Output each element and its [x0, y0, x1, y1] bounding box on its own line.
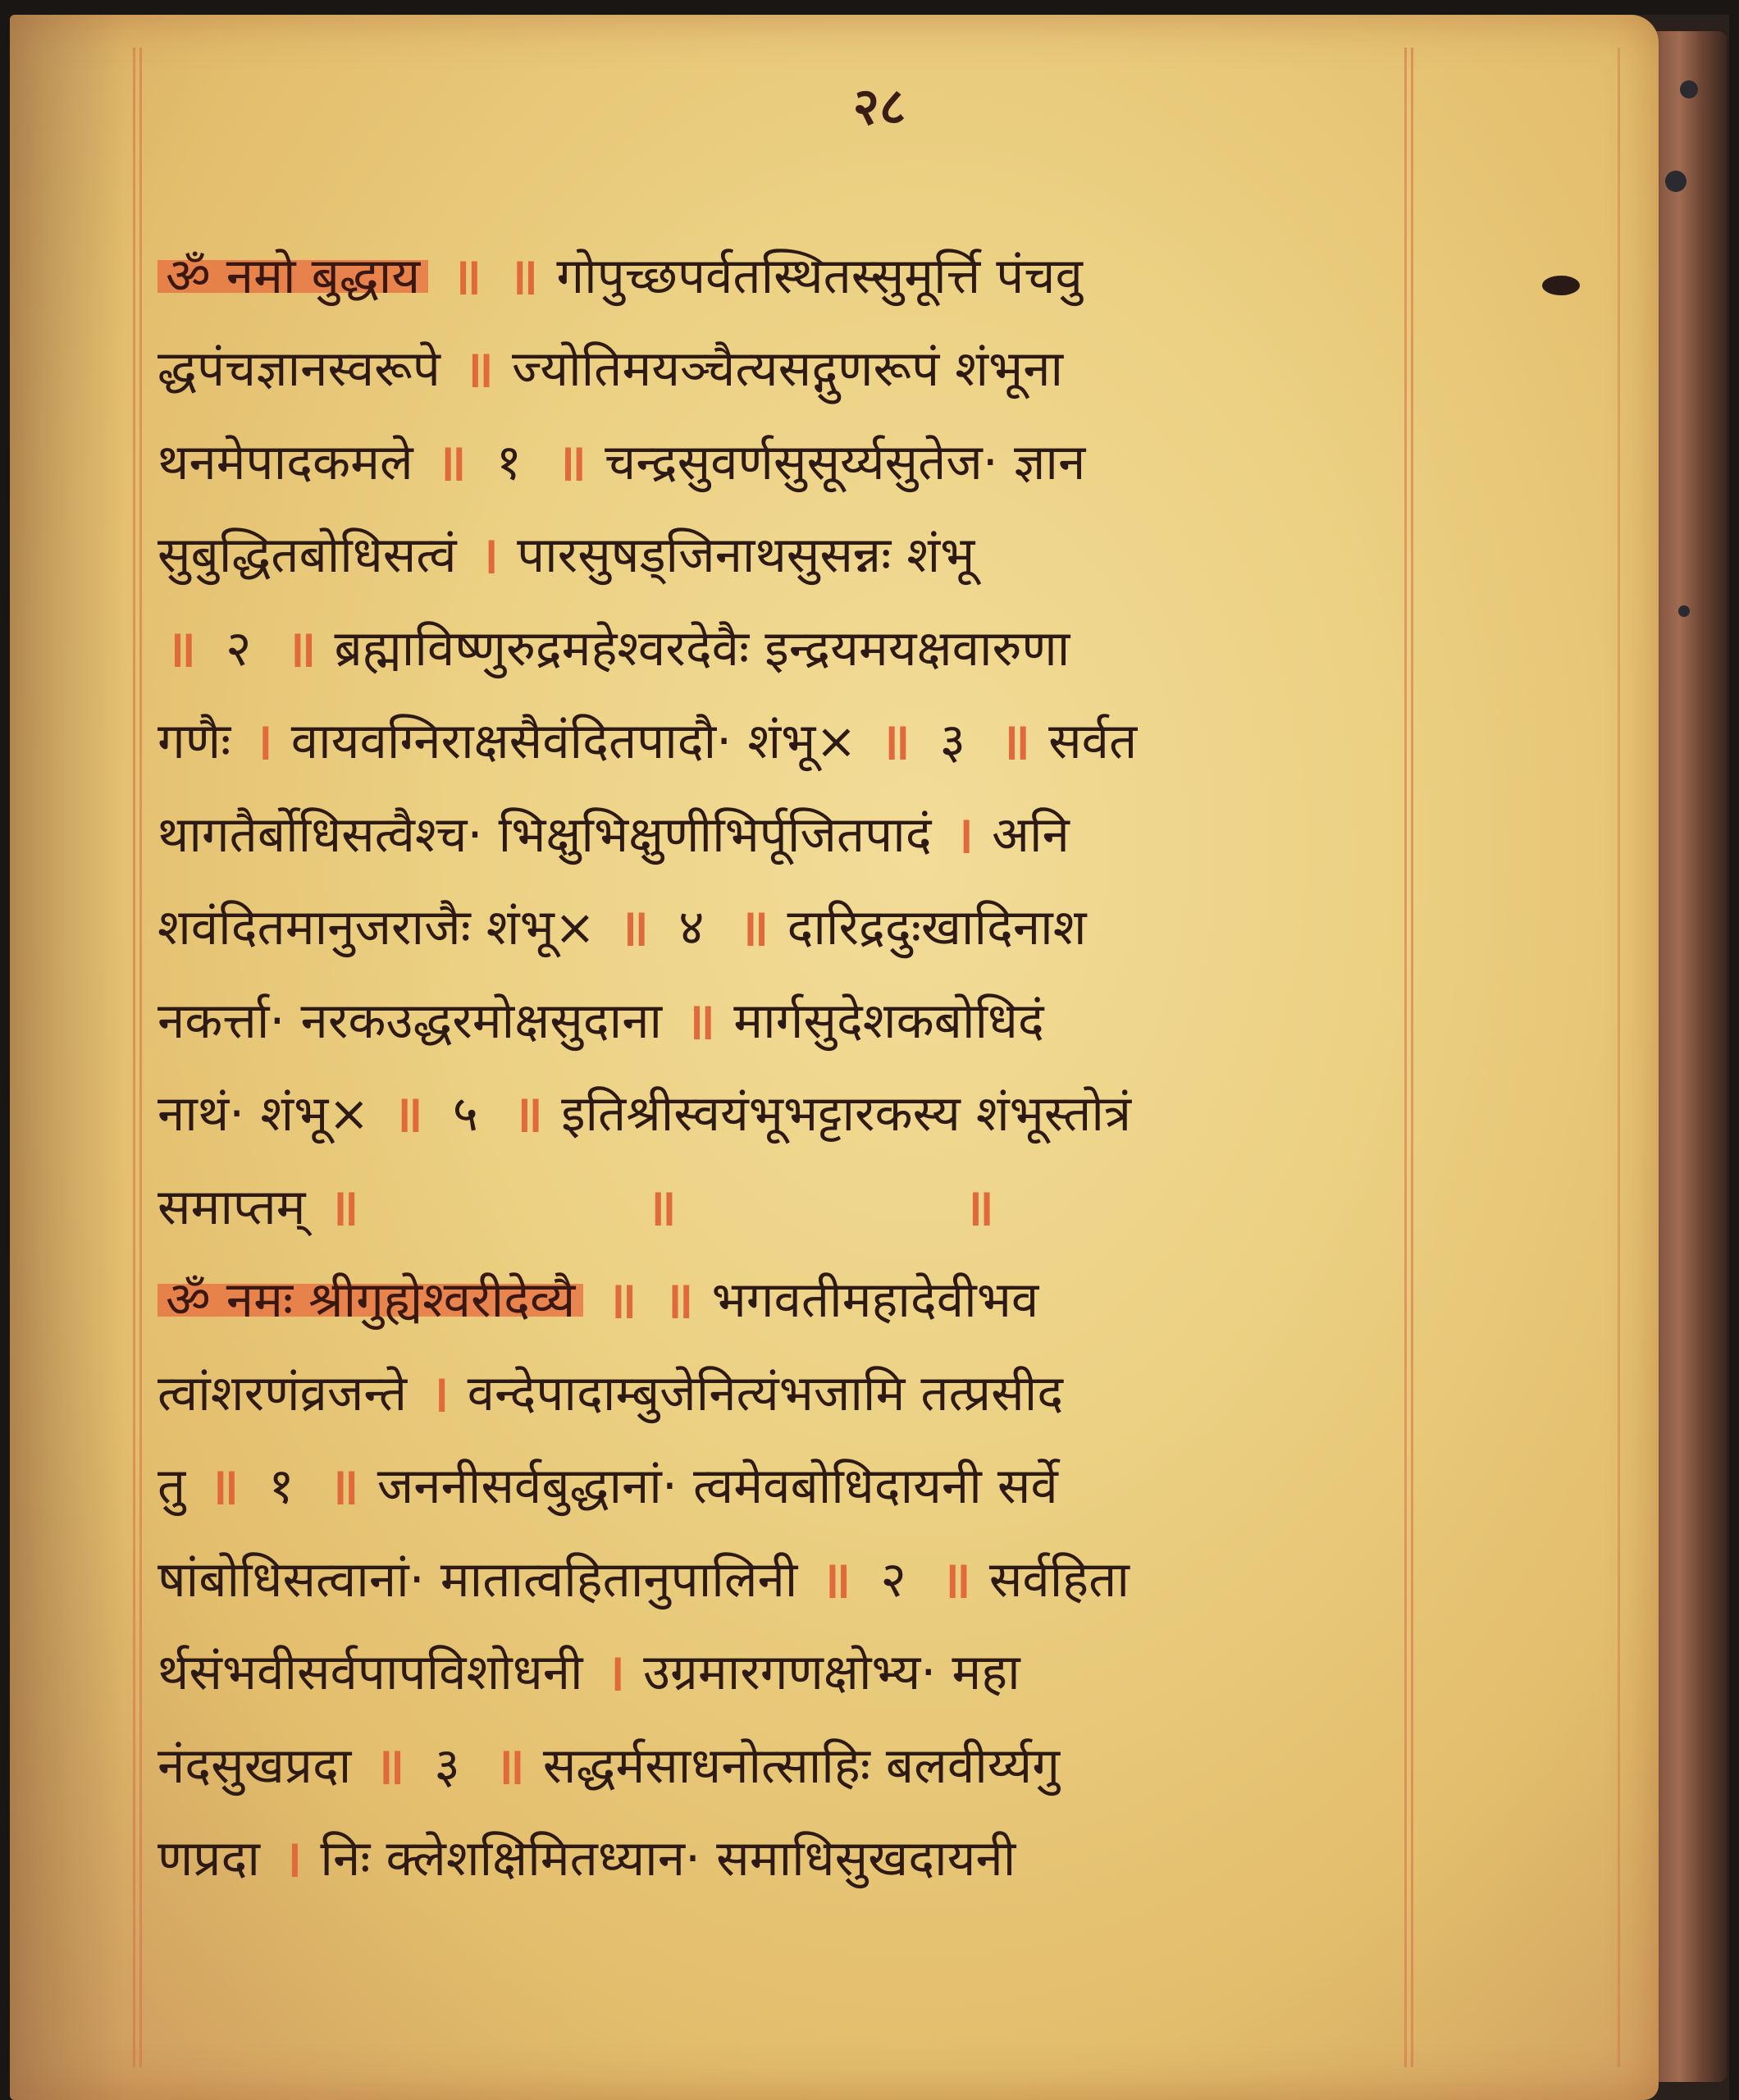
- verse-text: ज्योतिमयञ्चैत्यसद्गुणरूपं शंभूना: [512, 328, 1063, 410]
- danda-mark: ॥: [606, 1259, 632, 1341]
- manuscript-page: २८ ॐ नमो बुद्धाय॥॥गोपुच्छपर्वतस्थितस्सुम…: [10, 15, 1659, 2100]
- verse-text: चन्द्रसुवर्णसुसूर्य्यसुतेज· ज्ञान: [605, 422, 1085, 504]
- verse-text: षांबोधिसत्वानां· मातात्वहितानुपालिनी: [157, 1539, 797, 1621]
- manuscript-line: नाथं· शंभू×॥५॥इतिश्रीस्वयंभूभट्टारकस्य श…: [157, 1068, 1404, 1162]
- outer-margin-rule: [1618, 48, 1620, 2067]
- manuscript-line: सुबुद्धितबोधिसत्वं।पारसुषड्जिनाथसुसन्नः …: [157, 509, 1404, 603]
- danda-mark: ॥: [166, 608, 191, 690]
- danda-mark: ।: [606, 1632, 621, 1714]
- manuscript-line: णप्रदा।निः क्लेशक्षिमितध्यान· समाधिसुखदा…: [157, 1813, 1404, 1906]
- danda-mark: ॥: [556, 422, 582, 504]
- danda-mark: ॥: [285, 608, 311, 690]
- verse-text: त्वांशरणंव्रजन्ते: [157, 1353, 407, 1435]
- danda-mark: ॥: [495, 1725, 520, 1807]
- danda-mark: ॥: [880, 701, 906, 783]
- rubric-invocation: ॐ नमः श्रीगुह्येश्वरीदेव्यै: [157, 1259, 583, 1341]
- danda-mark: ॥: [329, 1166, 354, 1249]
- verse-text: सद्धर्मसाधनोत्साहिः बलवीर्य्यगु: [543, 1725, 1060, 1807]
- right-margin-rule-inner: [1411, 48, 1413, 2067]
- left-margin-rule-inner: [139, 48, 142, 2067]
- page-gutter-shadow: [10, 15, 125, 2100]
- manuscript-line: थागतैर्बोधिसत्वैश्च· भिक्षुभिक्षुणीभिर्प…: [157, 788, 1404, 882]
- verse-text: र्थसंभवीसर्वपापविशोधनी: [157, 1632, 583, 1714]
- danda-mark: ॥: [513, 1073, 538, 1155]
- verse-number: ३: [940, 701, 965, 783]
- verse-number: ५: [453, 1073, 478, 1155]
- manuscript-line: गणैः।वायवग्निराक्षसैवंदितपादौ· शंभू×॥३॥स…: [157, 696, 1404, 789]
- verse-text: भगवतीमहादेवीभव: [712, 1259, 1039, 1341]
- manuscript-line: षांबोधिसत्वानां· मातात्वहितानुपालिनी॥२॥स…: [157, 1533, 1404, 1627]
- verse-text: इतिश्रीस्वयंभूभट्टारकस्य शंभूस्तोत्रं: [561, 1073, 1131, 1155]
- right-margin-rule: [1404, 48, 1407, 2067]
- verse-text: उग्रमारगणक्षोभ्य· महा: [643, 1632, 1020, 1714]
- manuscript-line: तु॥१॥जननीसर्वबुद्धानां· त्वमेवबोधिदायनी …: [157, 1440, 1404, 1534]
- danda-mark: ॥: [1000, 701, 1025, 783]
- verse-number: २: [880, 1539, 906, 1621]
- rubric-invocation: ॐ नमो बुद्धाय: [157, 235, 428, 317]
- verse-text: पारसुषड्जिनाथसुसन्नः शंभू: [517, 514, 974, 596]
- danda-mark: ॥: [393, 1073, 418, 1155]
- binding-stain: [1678, 605, 1690, 617]
- manuscript-line: द्धपंचज्ञानस्वरूपे॥ज्योतिमयञ्चैत्यसद्गुण…: [157, 323, 1404, 417]
- verse-number: १: [268, 1445, 294, 1527]
- danda-mark: ॥: [646, 1166, 672, 1249]
- verse-number: २: [226, 608, 251, 690]
- verse-text: ब्रह्माविष्णुरुद्रमहेश्वरदेवैः इन्द्रयमय…: [334, 608, 1070, 690]
- danda-mark: ॥: [738, 887, 764, 969]
- danda-mark: ॥: [208, 1445, 234, 1527]
- verse-text: गणैः: [157, 701, 230, 783]
- verse-text: थनमेपादकमले: [157, 422, 413, 504]
- danda-mark: ॥: [451, 235, 477, 317]
- binding-stain: [1665, 171, 1687, 192]
- verse-text: तु: [157, 1445, 185, 1527]
- manuscript-text-block: ॐ नमो बुद्धाय॥॥गोपुच्छपर्वतस्थितस्सुमूर्…: [157, 230, 1404, 1906]
- left-margin-rule: [133, 48, 135, 2067]
- manuscript-line: नंदसुखप्रदा॥३॥सद्धर्मसाधनोत्साहिः बलवीर्…: [157, 1719, 1404, 1813]
- verse-text: द्धपंचज्ञानस्वरूपे: [157, 328, 440, 410]
- danda-mark: ।: [283, 1818, 298, 1900]
- verse-text: नंदसुखप्रदा: [157, 1725, 351, 1807]
- verse-number: १: [496, 422, 522, 504]
- danda-mark: ॥: [374, 1725, 399, 1807]
- manuscript-line: शवंदितमानुजराजैः शंभू×॥४॥दारिद्रदुःखादिन…: [157, 882, 1404, 975]
- verse-number: ४: [678, 887, 704, 969]
- verse-text: निः क्लेशक्षिमितध्यान· समाधिसुखदायनी: [320, 1818, 1016, 1900]
- danda-mark: ।: [480, 514, 495, 596]
- verse-text: शवंदितमानुजराजैः शंभू×: [157, 887, 596, 969]
- danda-mark: ॥: [618, 887, 644, 969]
- verse-text: णप्रदा: [157, 1818, 260, 1900]
- manuscript-line: र्थसंभवीसर्वपापविशोधनी।उग्रमारगणक्षोभ्य·…: [157, 1627, 1404, 1720]
- verse-text: थागतैर्बोधिसत्वैश्च· भिक्षुभिक्षुणीभिर्प…: [157, 794, 932, 876]
- verse-text: नकर्त्ता· नरकउद्धरमोक्षसुदाना: [157, 980, 662, 1062]
- verse-text: समाप्तम्: [157, 1166, 306, 1249]
- verse-text: सर्वत: [1048, 701, 1137, 783]
- danda-mark: ।: [955, 794, 970, 876]
- manuscript-line: ॐ नमः श्रीगुह्येश्वरीदेव्यै॥॥भगवतीमहादेव…: [157, 1254, 1404, 1348]
- manuscript-line: ॐ नमो बुद्धाय॥॥गोपुच्छपर्वतस्थितस्सुमूर्…: [157, 230, 1404, 323]
- danda-mark: ।: [253, 701, 268, 783]
- verse-text: गोपुच्छपर्वतस्थितस्सुमूर्त्ति पंचवु: [556, 235, 1082, 317]
- verse-text: जननीसर्वबुद्धानां· त्वमेवबोधिदायनी सर्वे: [377, 1445, 1058, 1527]
- binding-stain: [1680, 80, 1698, 98]
- verse-text: सर्वहिता: [989, 1539, 1130, 1621]
- verse-text: मार्गसुदेशकबोधिदं: [733, 980, 1044, 1062]
- verse-text: अनि: [992, 794, 1070, 876]
- verse-number: ३: [434, 1725, 459, 1807]
- danda-mark: ॥: [685, 980, 710, 1062]
- verse-text: वन्देपादाम्बुजेनित्यंभजामि तत्प्रसीद: [468, 1353, 1064, 1435]
- danda-mark: ॥: [820, 1539, 846, 1621]
- danda-mark: ॥: [964, 1166, 989, 1249]
- manuscript-line: समाप्तम्॥॥॥: [157, 1161, 1404, 1254]
- ink-blot: [1542, 276, 1580, 295]
- page-number: २८: [822, 71, 937, 139]
- verse-text: वायवग्निराक्षसैवंदितपादौ· शंभू×: [291, 701, 857, 783]
- manuscript-line: थनमेपादकमले॥१॥चन्द्रसुवर्णसुसूर्य्यसुतेज…: [157, 416, 1404, 509]
- manuscript-line: नकर्त्ता· नरकउद्धरमोक्षसुदाना॥मार्गसुदेश…: [157, 975, 1404, 1068]
- danda-mark: ॥: [508, 235, 533, 317]
- manuscript-line: त्वांशरणंव्रजन्ते।वन्देपादाम्बुजेनित्यंभ…: [157, 1347, 1404, 1440]
- danda-mark: ॥: [941, 1539, 966, 1621]
- verse-text: दारिद्रदुःखादिनाश: [787, 887, 1087, 969]
- verse-text: नाथं· शंभू×: [157, 1073, 370, 1155]
- danda-mark: ॥: [329, 1445, 354, 1527]
- manuscript-line: ॥२॥ब्रह्माविष्णुरुद्रमहेश्वरदेवैः इन्द्र…: [157, 602, 1404, 696]
- danda-mark: ॥: [436, 422, 462, 504]
- verse-text: सुबुद्धितबोधिसत्वं: [157, 514, 457, 596]
- danda-mark: ।: [430, 1353, 445, 1435]
- danda-mark: ॥: [463, 328, 489, 410]
- danda-mark: ॥: [663, 1259, 688, 1341]
